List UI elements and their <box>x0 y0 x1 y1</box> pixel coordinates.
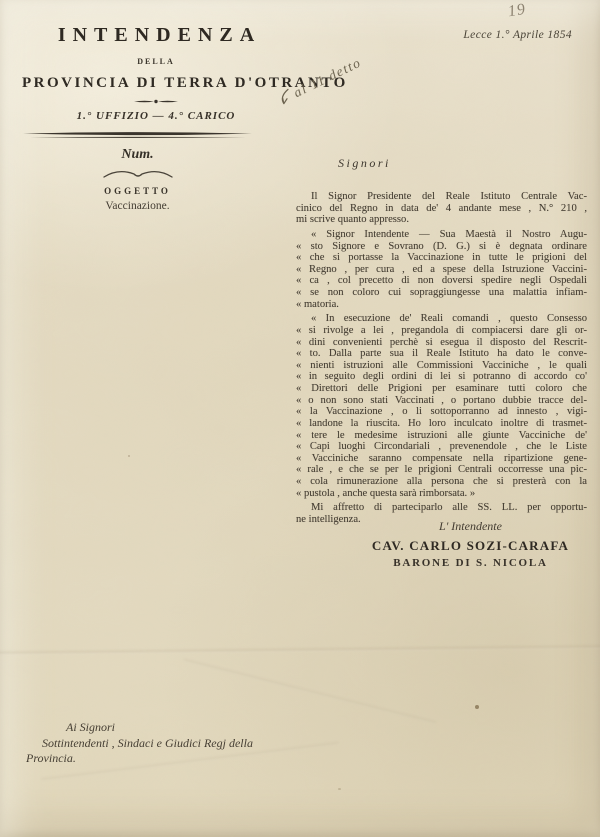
letter-body-line: « pustola , anche questa sarà rimborsata… <box>296 488 587 500</box>
letter-body-line: « in seguito degli ordini di lei si potr… <box>296 371 587 383</box>
recipients-line: Sottintendenti , Sindaci e Giudici Regj … <box>26 736 253 752</box>
letter-body: Il Signor Presidente del Reale Istituto … <box>296 191 587 526</box>
paper-speck <box>338 788 341 790</box>
fold-crease <box>184 659 437 724</box>
oggetto-label: OGGETTO <box>22 186 253 196</box>
letter-body-line: « landone la riuscita. Ho loro inculcato… <box>296 418 587 430</box>
fold-crease <box>0 645 600 655</box>
reference-block: Num. OGGETTO Vaccinazione. <box>22 131 253 212</box>
scanned-letter-page: INTENDENZA DELLA PROVINCIA DI TERRA D'OT… <box>0 0 600 837</box>
letter-body-line: « se non coloro cui sopraggiungesse una … <box>296 287 587 299</box>
letter-body-line: « matoria. <box>296 299 587 311</box>
salutation: Signori <box>338 156 391 171</box>
brace-flourish-icon <box>102 167 174 181</box>
double-swelled-rule-icon <box>22 131 253 139</box>
letter-body-line: « Regno , per cura , ed a spese della Is… <box>296 264 587 276</box>
letter-body-line: « Signor Intendente — Sua Maestà il Nost… <box>296 229 587 241</box>
bureau-line: 1.° UFFIZIO — 4.° CARICO <box>22 110 290 122</box>
office-title: INTENDENZA <box>22 24 290 47</box>
letter-body-line: « ca , col precetto di non doversi spedi… <box>296 275 587 287</box>
letterhead: INTENDENZA DELLA PROVINCIA DI TERRA D'OT… <box>22 24 290 122</box>
signature-block: L' Intendente CAV. CARLO SOZI-CARAFA BAR… <box>368 519 573 569</box>
signer-title: BARONE DI S. NICOLA <box>368 557 573 569</box>
letter-body-line: « cola rimunerazione alla persona che si… <box>296 476 587 488</box>
signer-name: CAV. CARLO SOZI-CARAFA <box>368 538 573 554</box>
letter-body-line: « tere le medesime istruzioni alle giunt… <box>296 430 587 442</box>
letter-body-line: Mi affretto di parteciparlo alle SS. LL.… <box>296 502 587 514</box>
province-title: PROVINCIA DI TERRA D'OTRANTO <box>22 75 290 92</box>
paper-speck <box>128 455 130 457</box>
letter-body-line: Il Signor Presidente del Reale Istituto … <box>296 191 587 203</box>
letter-body-line: « dini convenienti perchè si esegua il d… <box>296 337 587 349</box>
letter-body-line: « o non sono stati Vaccinati , o portano… <box>296 395 587 407</box>
paper-speck <box>475 705 479 709</box>
letter-body-line: « si rivolge a lei , pregandola di compi… <box>296 325 587 337</box>
swelled-rule-ornament-icon <box>133 98 179 105</box>
letter-body-line: « nienti istruzioni alle Commissioni Vac… <box>296 360 587 372</box>
letter-body-line: « to. Dalla parte sua il Reale Istituto … <box>296 348 587 360</box>
letter-body-line: « Vacciniche saranno compensate nella ri… <box>296 453 587 465</box>
letter-body-line: « la Vaccinazione , o li sottoporranno a… <box>296 406 587 418</box>
signer-role: L' Intendente <box>368 519 573 534</box>
letter-body-line: « rale , e che se per le prigioni Centra… <box>296 464 587 476</box>
handwritten-margin-note: al 11 detto <box>275 37 399 109</box>
letter-body-line: « Capi luoghi Circondariali , prevenendo… <box>296 441 587 453</box>
dateline: Lecce 1.° Aprile 1854 <box>420 29 572 41</box>
recipients-line: Provincia. <box>26 751 253 767</box>
num-label: Num. <box>22 147 253 163</box>
letter-body-line: « Direttori delle Prigioni per esaminare… <box>296 383 587 395</box>
recipients-line: Ai Signori <box>26 720 253 736</box>
oggetto-value: Vaccinazione. <box>22 200 253 212</box>
letter-body-line: cinico del Regno in data de' 4 andante m… <box>296 203 587 215</box>
letter-body-line: mi scrive quanto appresso. <box>296 214 587 226</box>
letter-body-line: « In esecuzione de' Reali comandi , ques… <box>296 313 587 325</box>
letter-body-line: « che si portasse la Vaccinazione in tut… <box>296 252 587 264</box>
letter-body-line: « sto Signore e Sovrano (D. G.) si è deg… <box>296 241 587 253</box>
office-subtitle: DELLA <box>22 57 290 66</box>
recipients-block: Ai Signori Sottintendenti , Sindaci e Gi… <box>26 720 253 767</box>
handwritten-page-number: 19 <box>507 1 528 22</box>
